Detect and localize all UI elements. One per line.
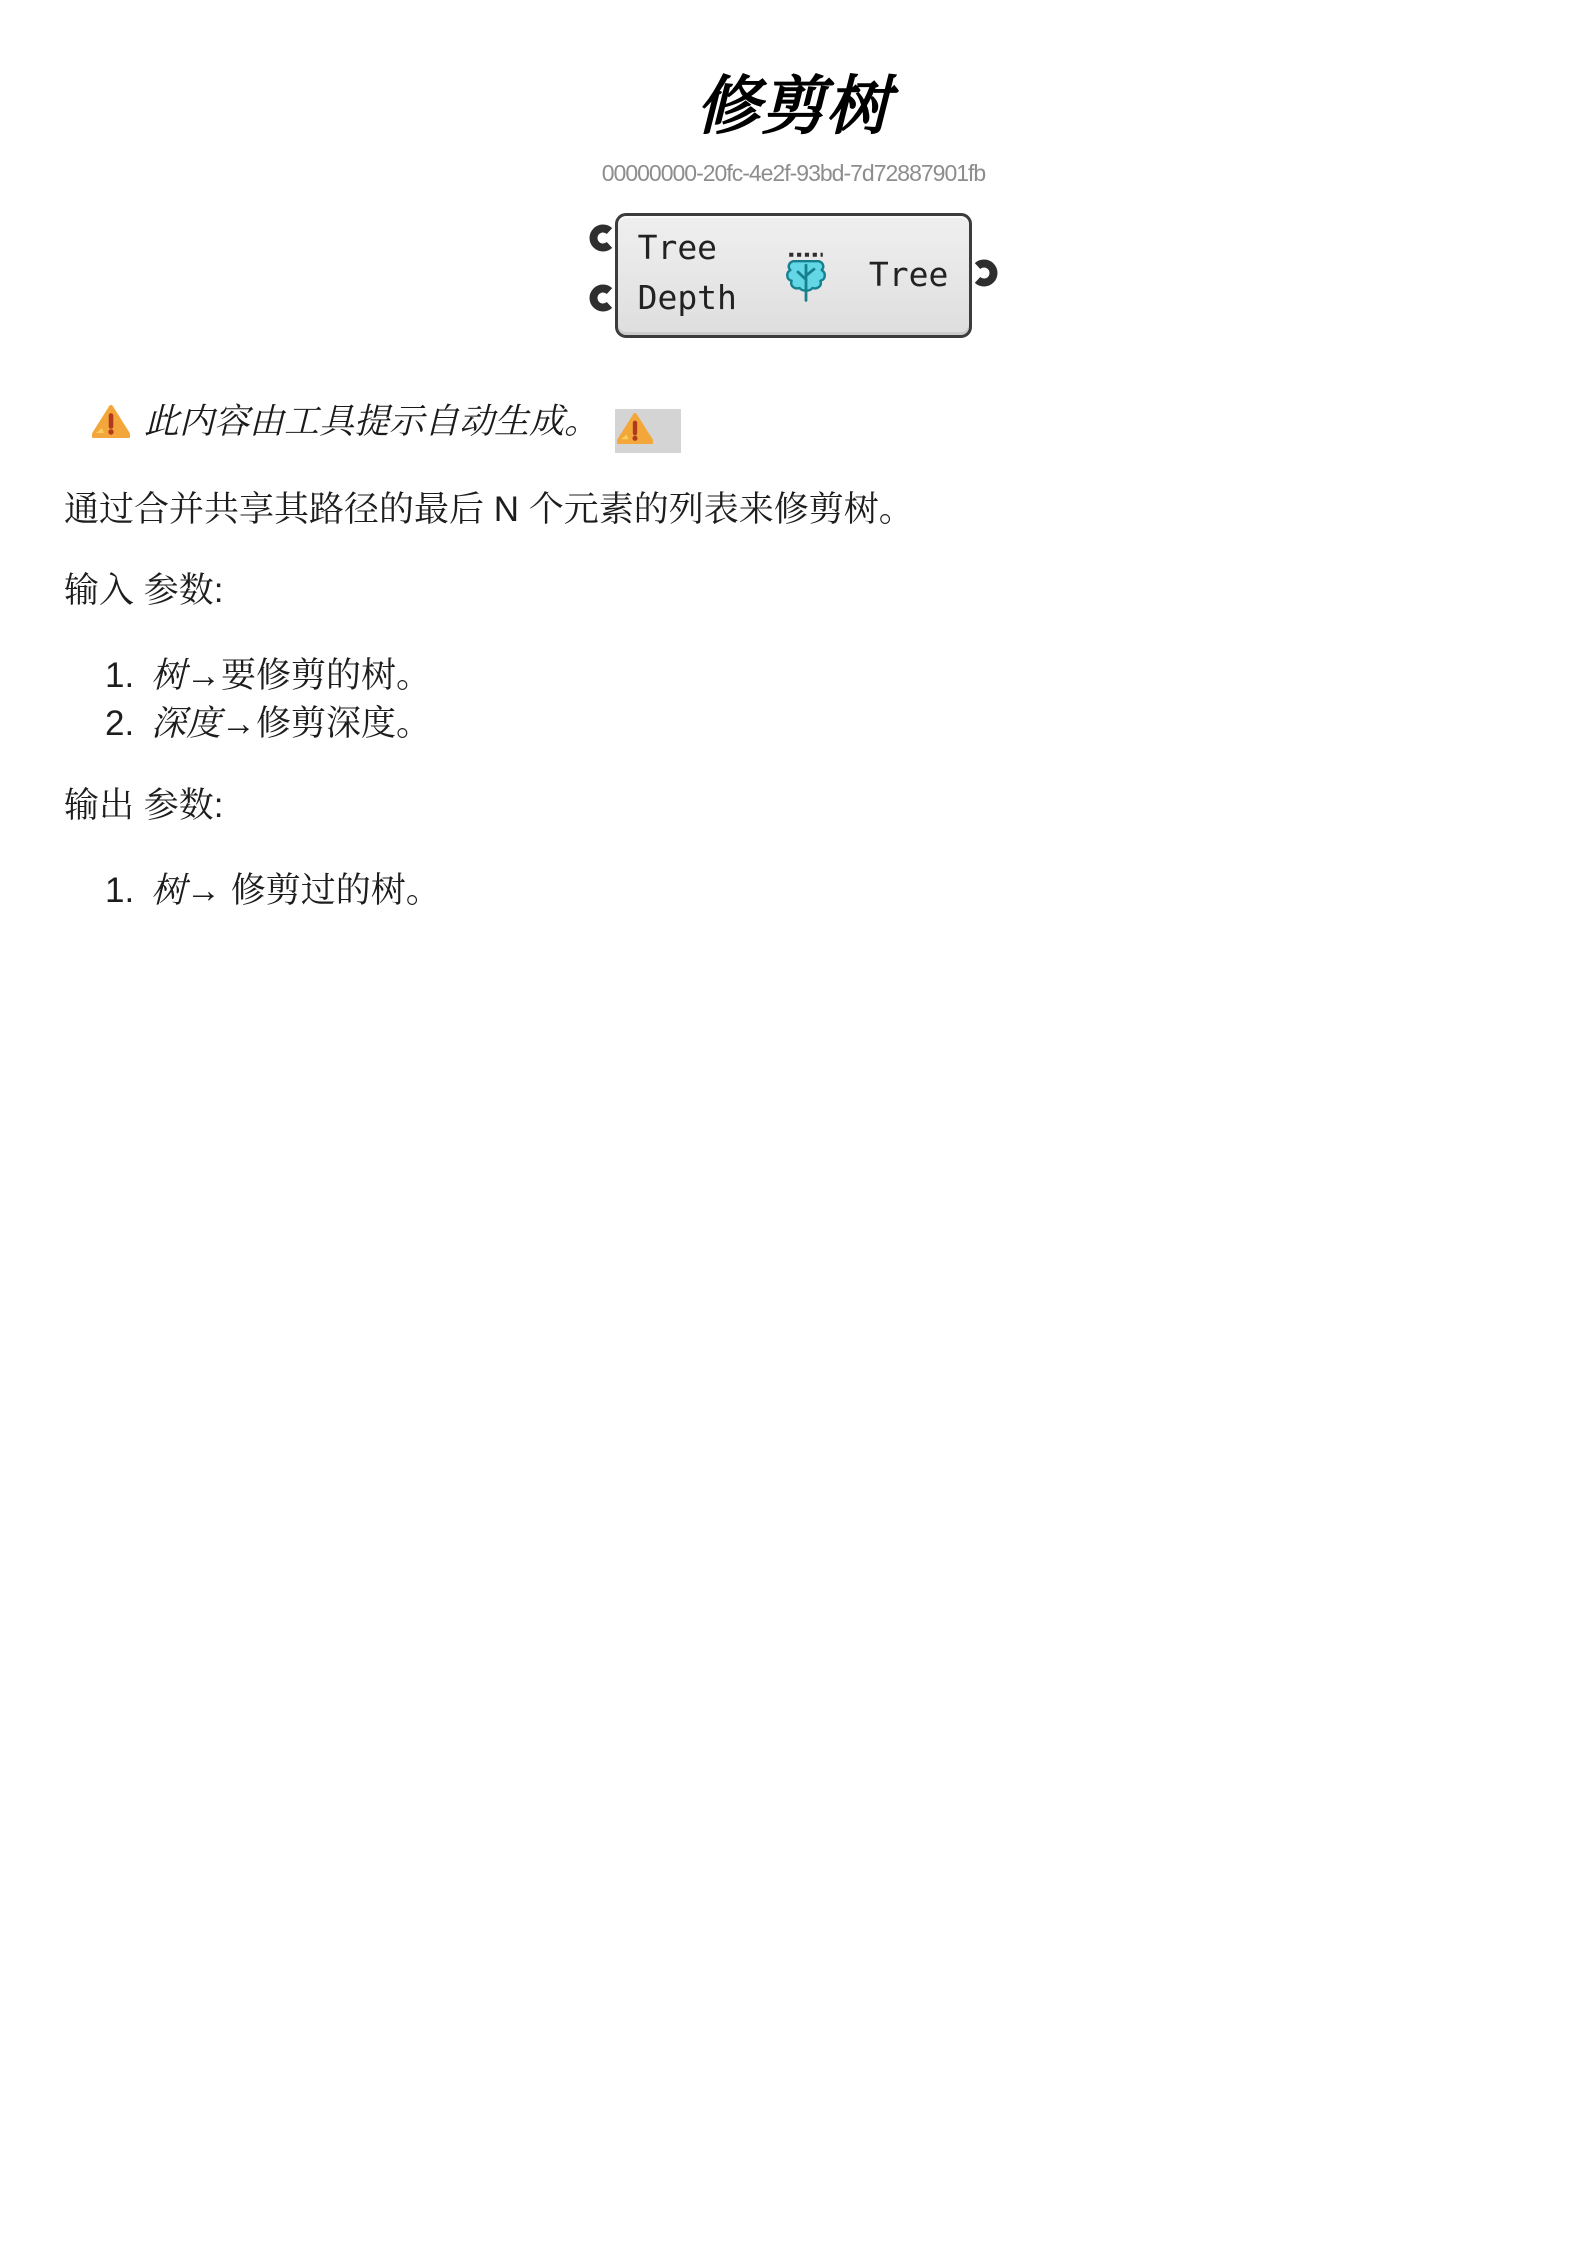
input-port-label-depth: Depth bbox=[638, 280, 737, 317]
pruned-tree-icon bbox=[782, 249, 830, 307]
arrow-glyph: → bbox=[186, 871, 221, 910]
param-name: 树 bbox=[151, 656, 186, 695]
param-name: 树 bbox=[151, 871, 186, 910]
item-number: 1. bbox=[105, 869, 139, 914]
list-item: 2.深度→修剪深度。 bbox=[105, 702, 1523, 747]
document-page: 修剪树 00000000-20fc-4e2f-93bd-7d72887901fb… bbox=[0, 0, 1587, 981]
component-illustration: Tree Depth Tree bbox=[615, 213, 973, 338]
component-body: Tree Depth Tree bbox=[615, 213, 973, 338]
outputs-list: 1.树→ 修剪过的树。 bbox=[64, 869, 1523, 914]
output-port-label-tree: Tree bbox=[869, 257, 948, 294]
input-grip-depth-icon bbox=[589, 283, 617, 313]
output-grip-tree-icon bbox=[970, 258, 998, 288]
input-grip-tree-icon bbox=[589, 223, 617, 253]
list-item: 1.树→要修剪的树。 bbox=[105, 654, 1523, 699]
input-port-label-tree: Tree bbox=[638, 230, 737, 267]
warning-icon bbox=[92, 404, 130, 438]
auto-generated-notice: 此内容由工具提示自动生成。 bbox=[92, 394, 1523, 453]
item-number: 1. bbox=[105, 654, 139, 699]
component-input-labels: Tree Depth bbox=[638, 230, 737, 317]
warning-icon-placeholder bbox=[615, 409, 681, 453]
outputs-heading: 输出 参数: bbox=[64, 783, 1523, 829]
param-name: 深度 bbox=[151, 704, 221, 743]
item-number: 2. bbox=[105, 702, 139, 747]
component-description: 通过合并共享其路径的最后 N 个元素的列表来修剪树。 bbox=[64, 487, 1523, 533]
list-item: 1.树→ 修剪过的树。 bbox=[105, 869, 1523, 914]
inputs-list: 1.树→要修剪的树。 2.深度→修剪深度。 bbox=[64, 654, 1523, 748]
page-title: 修剪树 bbox=[64, 70, 1523, 144]
inputs-heading: 输入 参数: bbox=[64, 568, 1523, 614]
param-desc: 修剪深度。 bbox=[256, 704, 431, 743]
arrow-glyph: → bbox=[221, 704, 256, 743]
warning-icon bbox=[617, 412, 653, 444]
param-desc: 修剪过的树。 bbox=[221, 871, 441, 910]
arrow-glyph: → bbox=[186, 656, 221, 695]
component-guid: 00000000-20fc-4e2f-93bd-7d72887901fb bbox=[64, 160, 1523, 187]
param-desc: 要修剪的树。 bbox=[221, 656, 431, 695]
notice-text: 此内容由工具提示自动生成。 bbox=[144, 402, 599, 441]
